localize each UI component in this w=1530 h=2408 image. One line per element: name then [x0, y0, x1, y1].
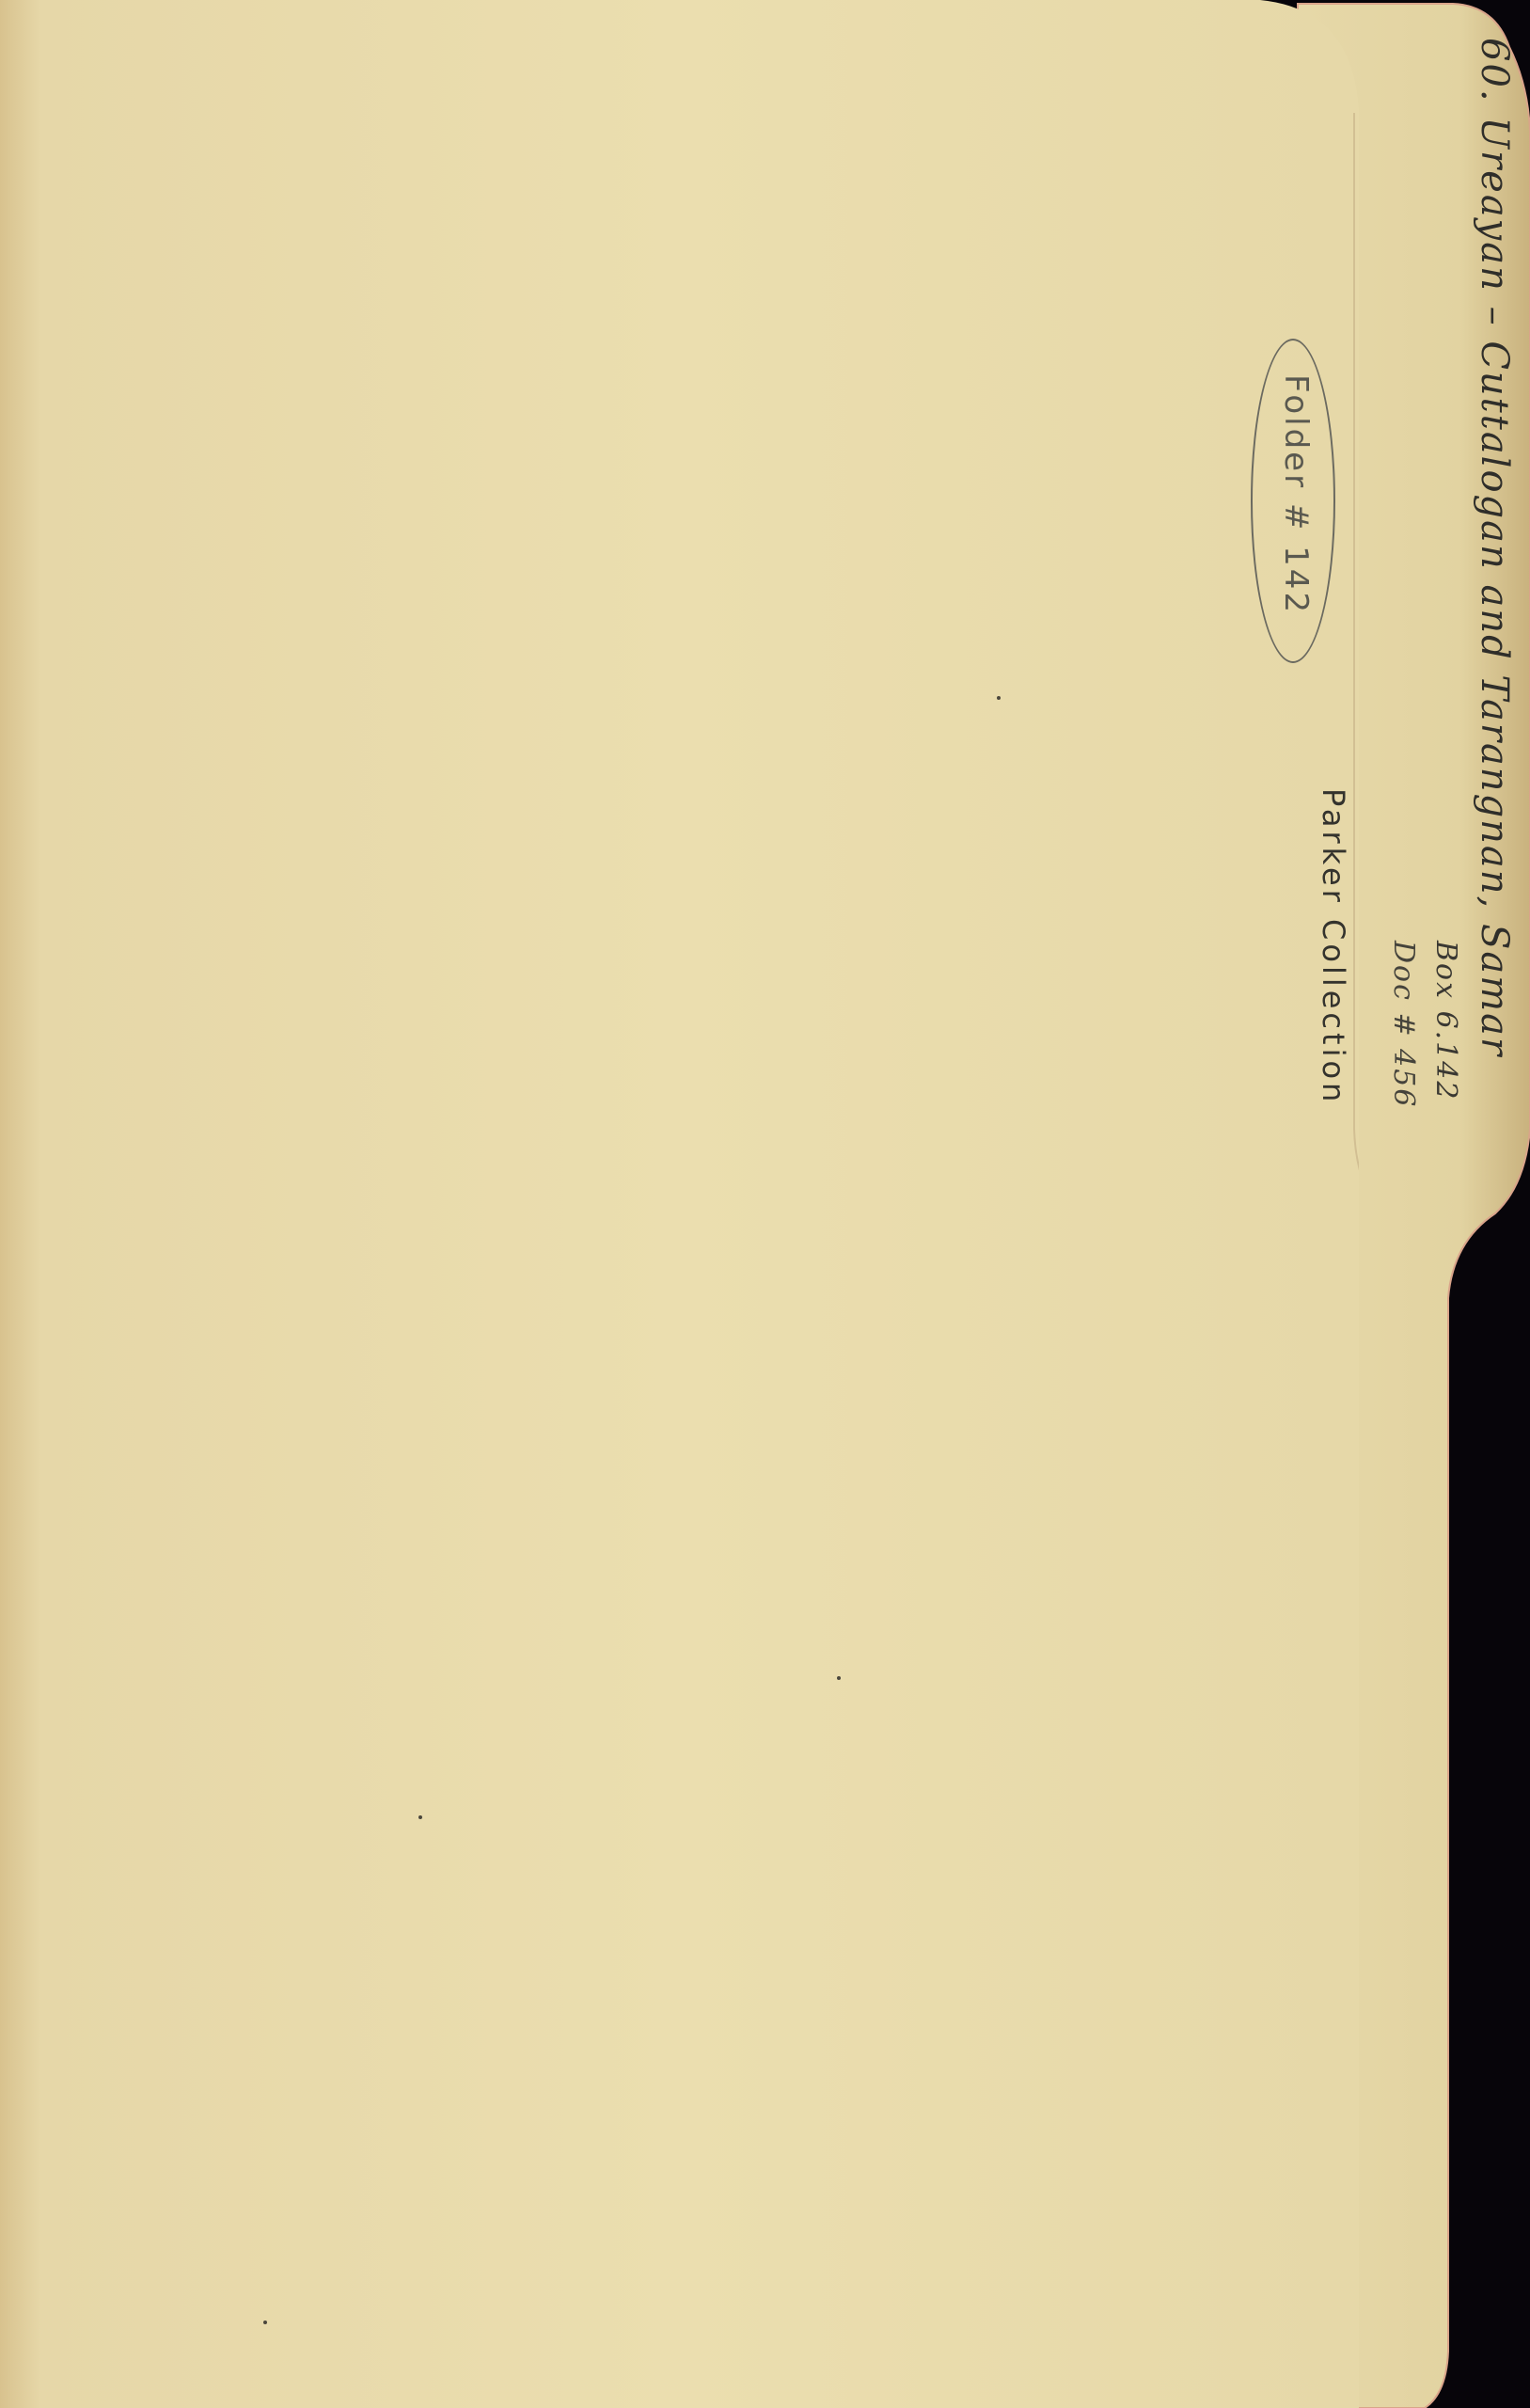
- folder-number-handwriting: Folder # 142: [1277, 374, 1315, 615]
- scan-background: 60. Ureayan – Cuttalogan and Tarangnan, …: [0, 0, 1530, 2408]
- tab-title-handwriting: 60. Ureayan – Cuttalogan and Tarangnan, …: [1473, 38, 1516, 1057]
- doc-number-handwriting: Doc # 456: [1387, 941, 1420, 1108]
- collection-handwriting: Parker Collection: [1316, 788, 1351, 1105]
- paper-speck: [837, 1676, 841, 1680]
- folder-front-panel: [0, 0, 1359, 2408]
- paper-speck: [263, 2321, 267, 2324]
- box-number-handwriting: Box 6.142: [1429, 941, 1462, 1101]
- paper-speck: [997, 696, 1001, 700]
- paper-speck: [418, 1815, 422, 1819]
